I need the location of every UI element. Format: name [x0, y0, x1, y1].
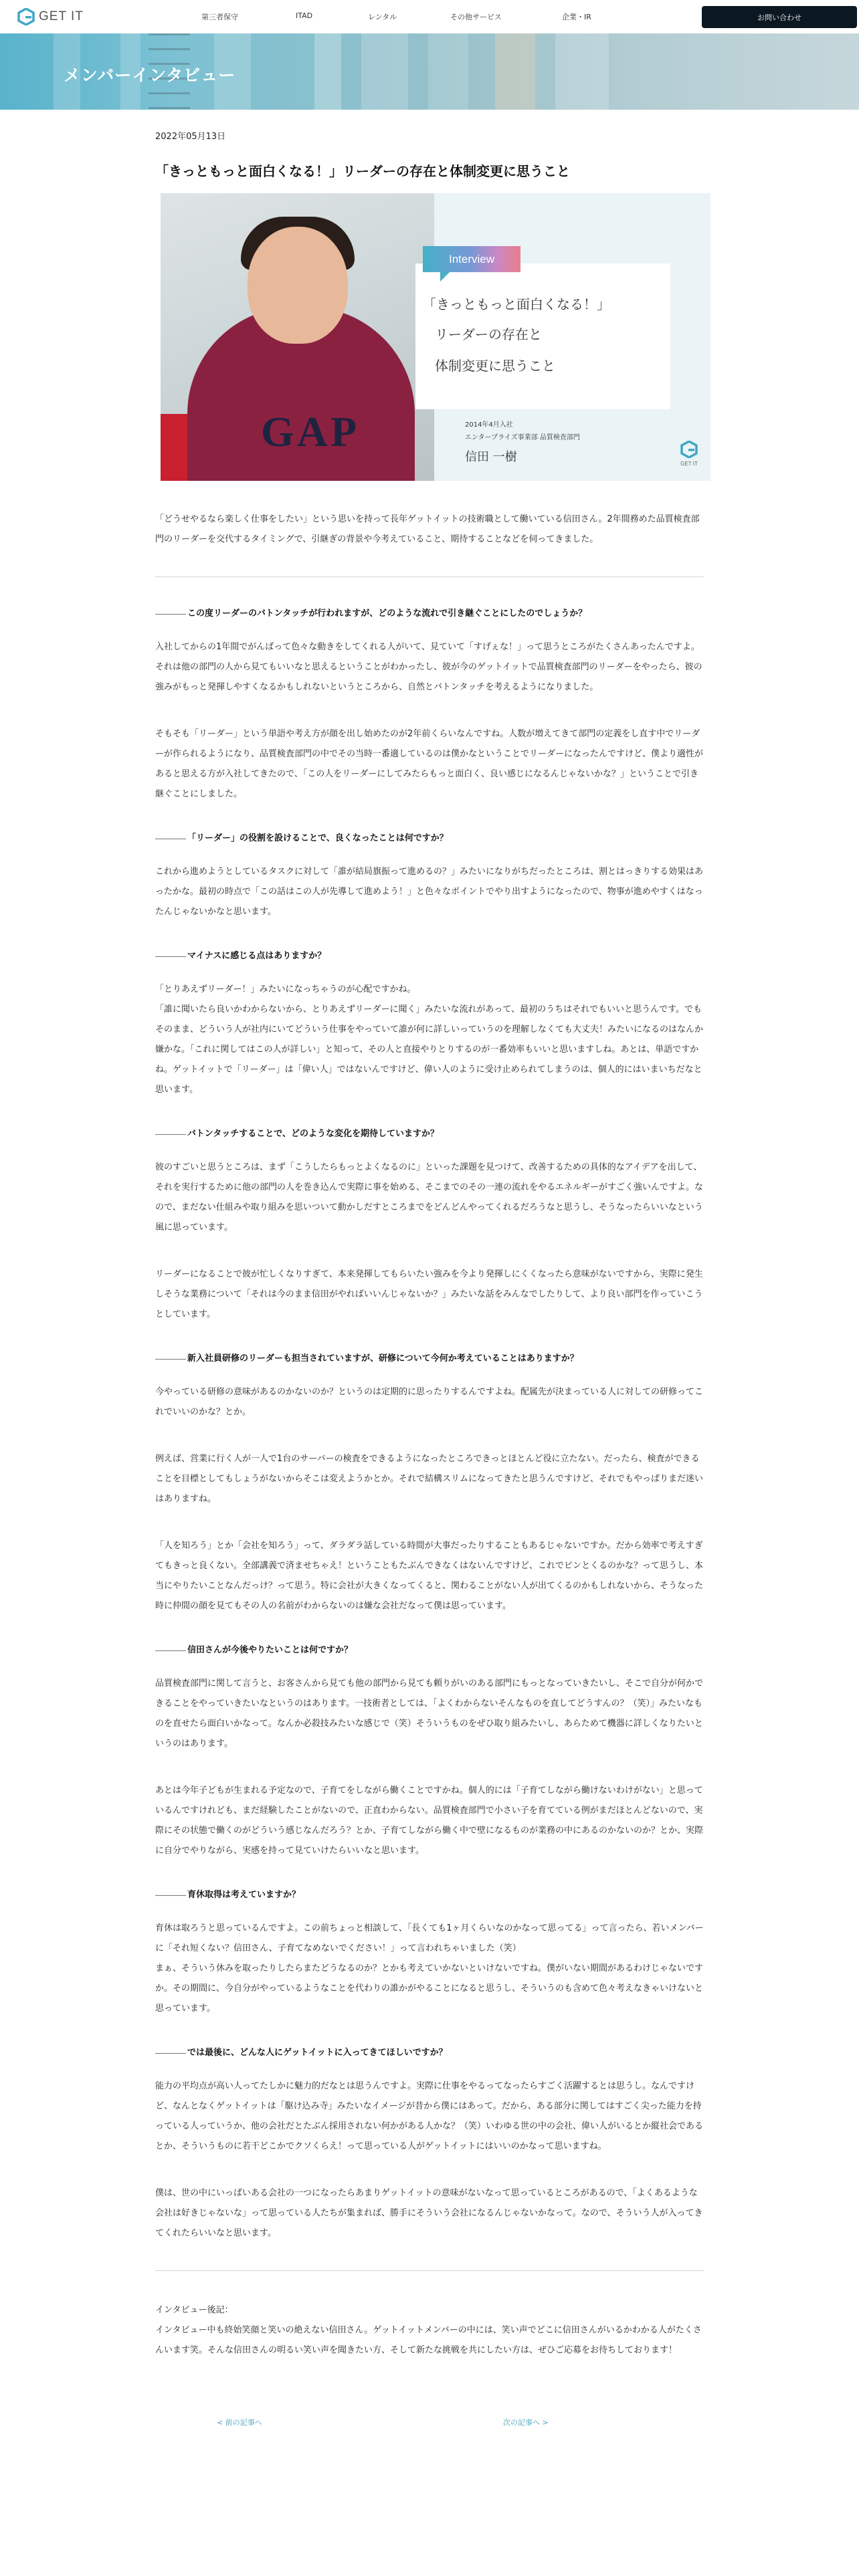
- qa-section: 新入社員研修のリーダーも担当されていますが、研修について今何か考えていることはあ…: [155, 1352, 704, 1616]
- nav-item-third-party-maintenance[interactable]: 第三者保守: [201, 11, 238, 22]
- answer-paragraph: 品質検査部門に関して言うと、お客さんから見ても他の部門から見ても頼りがいのある部…: [155, 1674, 704, 1754]
- question: 「リーダー」の役割を設けることで、良くなったことは何ですか？: [155, 831, 704, 846]
- answer-paragraph: 入社してからの1年間でがんばって色々な動きをしてくれる人がいて、見ていて「すげぇ…: [155, 637, 704, 697]
- prev-article-link[interactable]: < 前の記事へ: [217, 2417, 262, 2428]
- question-text: 信田さんが今後やりたいことは何ですか？: [187, 1643, 353, 1658]
- article: 2022年05月13日 「きっともっと面白くなる！」リーダーの存在と体制変更に思…: [155, 110, 704, 2434]
- lead-paragraph: 「どうせやるなら楽しく仕事をしたい」という思いを持って長年ゲットイットの技術職と…: [155, 510, 704, 550]
- qa-section: 信田さんが今後やりたいことは何ですか？ 品質検査部門に関して言うと、お客さんから…: [155, 1643, 704, 1861]
- answer-paragraph: 彼のすごいと思うところは、まず「こうしたらもっとよくなるのに」といった課題を見つ…: [155, 1158, 704, 1238]
- feature-logo-text: GET IT: [676, 461, 702, 467]
- nav-item-rental[interactable]: レンタル: [368, 11, 397, 22]
- nav-item-itad[interactable]: ITAD: [296, 11, 312, 20]
- question-dash: [155, 614, 186, 615]
- feature-quote-line: 体制変更に思うこと: [435, 355, 555, 374]
- divider: [155, 576, 704, 577]
- answer-paragraph: 育休は取ろうと思っているんですよ。この前ちょっと相談して、「長くても1ヶ月くらい…: [155, 1919, 704, 2019]
- question-dash: [155, 1134, 186, 1135]
- answer-paragraph: 例えば、営業に行く人が一人で1台のサーバーの検査をできるようになったところできっ…: [155, 1449, 704, 1509]
- qa-section: では最後に、どんな人にゲットイットに入ってきてほしいですか？ 能力の平均点が高い…: [155, 2046, 704, 2244]
- hero-bg-shape: [555, 33, 609, 110]
- answer-paragraph: リーダーになることで彼が忙しくなりすぎて、本来発揮してもらいたい強みを今より発揮…: [155, 1265, 704, 1325]
- question: 新入社員研修のリーダーも担当されていますが、研修について今何か考えていることはあ…: [155, 1352, 704, 1366]
- qa-section: マイナスに感じる点はありますか？ 「とりあえずリーダー！」みたいになっちゃうのが…: [155, 949, 704, 1100]
- question-text: では最後に、どんな人にゲットイットに入ってきてほしいですか？: [187, 2046, 448, 2060]
- qa-list: この度リーダーのバトンタッチが行われますが、どのような流れで引き継ぐことにしたの…: [155, 607, 704, 2244]
- hero-bg-shape: [428, 33, 468, 110]
- feature-logo: GET IT: [676, 441, 702, 467]
- question-text: マイナスに感じる点はありますか？: [187, 949, 326, 964]
- answer-paragraph: 能力の平均点が高い人ってたしかに魅力的だなとは思うんですよ。実際に仕事をやるって…: [155, 2076, 704, 2157]
- hero-bg-shape: [495, 33, 535, 110]
- contact-button[interactable]: お問い合わせ: [702, 6, 857, 28]
- question-dash: [155, 1895, 186, 1896]
- joined-date: 2014年4月入社: [465, 419, 513, 429]
- feature-quote-line: リーダーの存在と: [435, 324, 542, 343]
- question: では最後に、どんな人にゲットイットに入ってきてほしいですか？: [155, 2046, 704, 2060]
- getit-logo-icon: [680, 441, 698, 458]
- answer-paragraph: そもそも「リーダー」という単語や考え方が顔を出し始めたのが2年前くらいなんですね…: [155, 724, 704, 804]
- question-dash: [155, 839, 186, 839]
- nav-item-other-services[interactable]: その他サービス: [450, 11, 502, 22]
- question-text: 「リーダー」の役割を設けることで、良くなったことは何ですか？: [187, 831, 448, 846]
- question: マイナスに感じる点はありますか？: [155, 949, 704, 964]
- photo-shirt-text: GAP: [261, 407, 359, 457]
- interview-badge: Interview: [423, 246, 520, 272]
- question-text: バトンタッチすることで、どのような変化を期待していますか？: [187, 1127, 439, 1142]
- question-dash: [155, 956, 186, 957]
- question: 信田さんが今後やりたいことは何ですか？: [155, 1643, 704, 1658]
- hero-bg-shape: [361, 33, 408, 110]
- question-dash: [155, 2053, 186, 2054]
- afterword: インタビュー後記： インタビュー中も終始笑顔と笑いの絶えない信田さん。ゲットイッ…: [155, 2300, 704, 2361]
- question-dash: [155, 1650, 186, 1651]
- hero-banner: メンバーインタビュー: [0, 33, 859, 110]
- answer-paragraph: 「人を知ろう」とか「会社を知ろう」って、ダラダラ話している時間が大事だったりする…: [155, 1536, 704, 1616]
- question-text: この度リーダーのバトンタッチが行われますが、どのような流れで引き継ぐことにしたの…: [187, 607, 587, 621]
- answer-paragraph: 「とりあえずリーダー！」みたいになっちゃうのが心配ですかね。 「誰に聞いたら良い…: [155, 980, 704, 1100]
- answer-paragraph: あとは今年子どもが生まれる予定なので、子育てをしながら働くことですかね。個人的に…: [155, 1781, 704, 1861]
- question-dash: [155, 1359, 186, 1360]
- hero-title: メンバーインタビュー: [64, 62, 235, 86]
- feature-image: GAP Interview 「きっともっと面白くなる！」 リーダーの存在と 体制…: [161, 193, 710, 481]
- publish-date: 2022年05月13日: [155, 129, 704, 142]
- answer-paragraph: 今やっている研修の意味があるのかないのか？というのは定期的に思ったりするんですよ…: [155, 1382, 704, 1422]
- qa-section: バトンタッチすることで、どのような変化を期待していますか？ 彼のすごいと思うとこ…: [155, 1127, 704, 1325]
- qa-section: この度リーダーのバトンタッチが行われますが、どのような流れで引き継ぐことにしたの…: [155, 607, 704, 804]
- nav-item-company-ir[interactable]: 企業・IR: [562, 11, 591, 22]
- interviewee-photo: GAP: [161, 193, 434, 481]
- article-pager: < 前の記事へ 次の記事へ >: [155, 2361, 704, 2434]
- question: 育休取得は考えていますか？: [155, 1888, 704, 1903]
- question-text: 育休取得は考えていますか？: [187, 1888, 300, 1903]
- site-header: GET IT 第三者保守 ITAD レンタル その他サービス 企業・IR お問い…: [0, 0, 859, 33]
- interviewee-name: 信田 一樹: [465, 447, 517, 465]
- answer-paragraph: 僕は、世の中にいっぱいある会社の一つになったらあまりゲットイットの意味がないなっ…: [155, 2183, 704, 2244]
- hero-bg-shape: [314, 33, 341, 110]
- department: エンタープライズ事業部 品質検査部門: [465, 431, 580, 441]
- question-text: 新入社員研修のリーダーも担当されていますが、研修について今何か考えていることはあ…: [187, 1352, 579, 1366]
- next-article-link[interactable]: 次の記事へ >: [503, 2417, 549, 2428]
- answer-paragraph: これから進めようとしているタスクに対して「誰が結局旗振って進めるの？」みたいにな…: [155, 862, 704, 922]
- qa-section: 育休取得は考えていますか？ 育休は取ろうと思っているんですよ。この前ちょっと相談…: [155, 1888, 704, 2019]
- photo-face-shape: [248, 227, 348, 344]
- question: バトンタッチすることで、どのような変化を期待していますか？: [155, 1127, 704, 1142]
- question: この度リーダーのバトンタッチが行われますが、どのような流れで引き継ぐことにしたの…: [155, 607, 704, 621]
- qa-section: 「リーダー」の役割を設けることで、良くなったことは何ですか？ これから進めようと…: [155, 831, 704, 922]
- article-title: 「きっともっと面白くなる！」リーダーの存在と体制変更に思うこと: [155, 162, 704, 181]
- divider: [155, 2270, 704, 2271]
- feature-quote-line: 「きっともっと面白くなる！」: [423, 294, 610, 313]
